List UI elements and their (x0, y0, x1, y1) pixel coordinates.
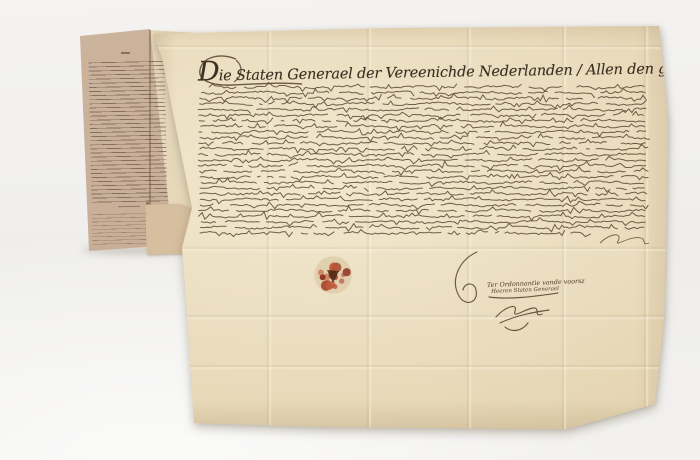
signature-flourishes (0, 0, 700, 460)
photo-stage: Die Staten Generael der Vereenichde Nede… (0, 0, 700, 460)
parchment-document: Die Staten Generael der Vereenichde Nede… (0, 0, 700, 460)
parchment-wrap: Die Staten Generael der Vereenichde Nede… (0, 0, 700, 460)
